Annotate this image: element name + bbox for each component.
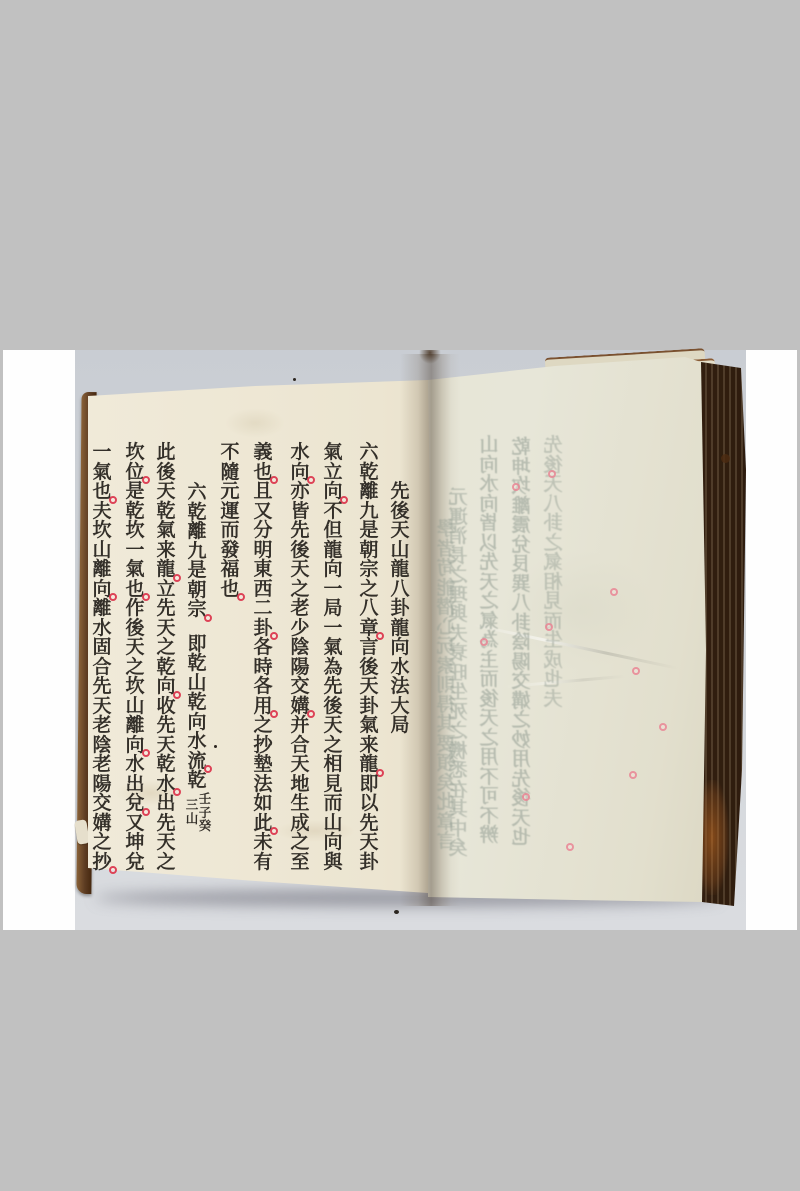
spine-top-notch bbox=[419, 350, 441, 364]
ink-speck bbox=[394, 910, 399, 914]
left-margin-panel bbox=[3, 350, 75, 930]
paper-stain bbox=[225, 408, 285, 438]
ink-speck bbox=[293, 378, 296, 381]
paper-stain bbox=[275, 820, 355, 842]
right-margin-panel bbox=[746, 350, 797, 930]
paper-sheen bbox=[505, 550, 655, 670]
paper-stain bbox=[115, 780, 185, 806]
spine-gutter-shadow bbox=[400, 354, 460, 906]
fore-edge-spot bbox=[721, 454, 730, 463]
manuscript-photo: 先後天山龍八卦龍向水法大局六乾離九是朝宗之八章言後天卦氣来龍即以先天卦氣立向不但… bbox=[75, 350, 746, 930]
photo-viewer-canvas: 先後天山龍八卦龍向水法大局六乾離九是朝宗之八章言後天卦氣来龍即以先天卦氣立向不但… bbox=[0, 0, 800, 1191]
